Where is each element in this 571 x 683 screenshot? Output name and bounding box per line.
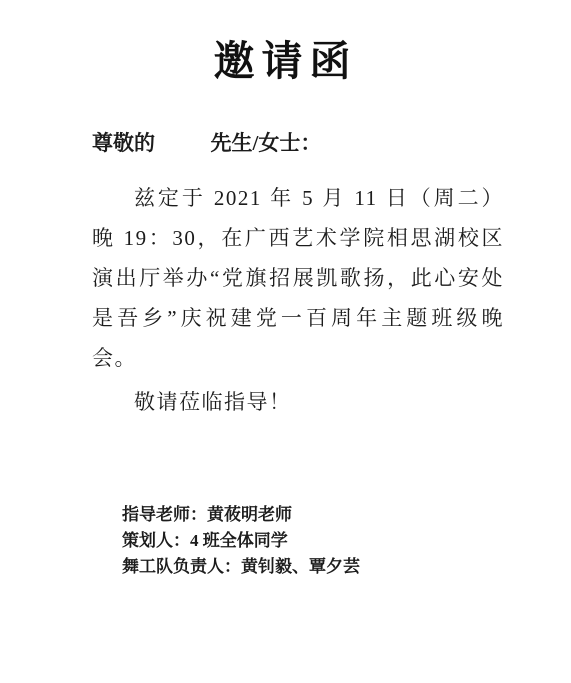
signature-block: 指导老师：黄莜明老师 策划人：4 班全体同学 舞工队负责人：黄钊毅、覃夕芸 — [122, 502, 571, 580]
letter-title: 邀请函 — [0, 0, 571, 84]
body-paragraph: 兹定于 2021 年 5 月 11 日（周二）晚 19：30，在广西艺术学院相思… — [92, 178, 504, 378]
advisor-line: 指导老师：黄莜明老师 — [122, 502, 571, 528]
salutation-prefix: 尊敬的 — [92, 131, 155, 155]
recipient-name-blank — [160, 149, 205, 150]
planner-line: 策划人：4 班全体同学 — [122, 528, 571, 554]
invitation-letter-page: 邀请函 尊敬的 先生/女士： 兹定于 2021 年 5 月 11 日（周二）晚 … — [0, 0, 571, 683]
salutation-line: 尊敬的 先生/女士： — [92, 130, 571, 156]
stage-crew-line: 舞工队负责人：黄钊毅、覃夕芸 — [122, 554, 571, 580]
closing-line: 敬请莅临指导！ — [92, 382, 504, 422]
salutation-suffix: 先生/女士： — [211, 131, 322, 155]
